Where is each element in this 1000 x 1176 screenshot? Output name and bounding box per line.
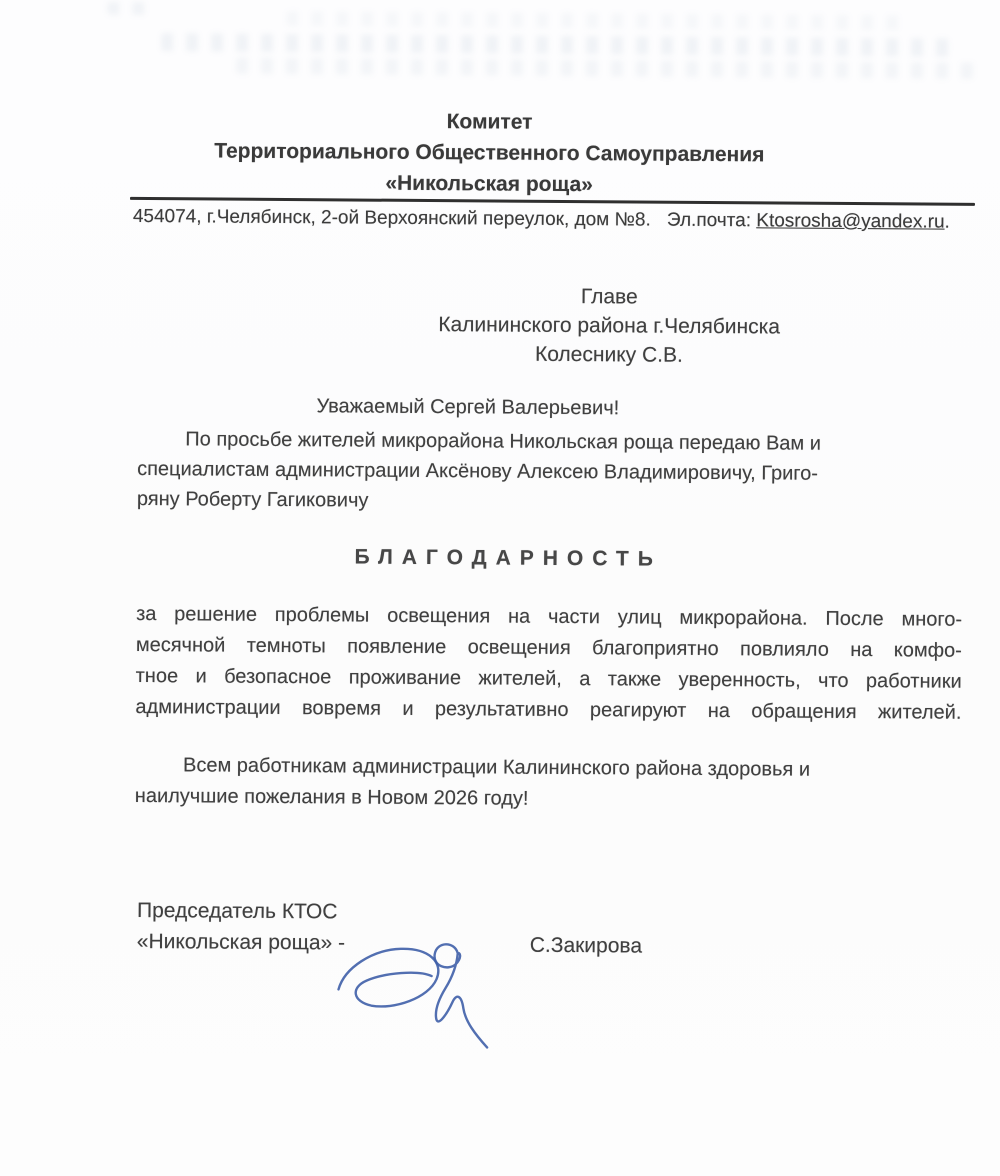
salutation: Уважаемый Сергей Валерьевич! bbox=[316, 395, 619, 420]
intro-paragraph: По просьбе жителей микрорайона Никольска… bbox=[137, 424, 968, 520]
bleedthrough-artifact bbox=[161, 33, 951, 57]
letterhead: Комитет Территориального Общественного С… bbox=[130, 104, 849, 202]
scan-content: Комитет Территориального Общественного С… bbox=[0, 0, 1000, 1176]
signoff-block: Председатель КТОС «Никольская роща» - bbox=[137, 895, 346, 958]
signature-ink-icon bbox=[324, 927, 525, 1056]
bleedthrough-artifact bbox=[107, 2, 155, 15]
signoff-position: Председатель КТОС bbox=[137, 895, 345, 927]
org-postal-address: 454074, г.Челябинск, 2-ой Верхоянский пе… bbox=[133, 206, 651, 232]
bleedthrough-artifact bbox=[236, 58, 981, 79]
org-name-line3: «Никольская роща» bbox=[130, 166, 848, 202]
paragraph-line: администрации вовремя и результативно ре… bbox=[135, 692, 961, 729]
org-name-line2: Территориального Общественного Самоуправ… bbox=[130, 135, 848, 171]
addressee-district: Калининского района г.Челябинска bbox=[329, 309, 889, 342]
addressee-name: Колеснику С.В. bbox=[329, 338, 889, 371]
org-name-line1: Комитет bbox=[130, 104, 848, 140]
addressee-title: Главе bbox=[329, 280, 889, 313]
email-address: Ktosrosha@yandex.ru bbox=[756, 210, 944, 232]
scanned-letter-page: Комитет Территориального Общественного С… bbox=[0, 0, 1000, 1176]
addressee-block: Главе Калининского района г.Челябинска К… bbox=[329, 280, 890, 371]
main-paragraph: за решение проблемы освещения на части у… bbox=[135, 599, 962, 729]
email-label: Эл.почта: bbox=[667, 210, 756, 232]
intro-line: ряну Роберту Гагиковичу bbox=[137, 484, 967, 520]
gratitude-heading: БЛАГОДАРНОСТЬ bbox=[354, 546, 662, 572]
signoff-org: «Никольская роща» - bbox=[137, 926, 345, 958]
bleedthrough-artifact bbox=[286, 11, 906, 30]
email-suffix: . bbox=[945, 212, 950, 233]
org-email-group: Эл.почта: Ktosrosha@yandex.ru. bbox=[667, 210, 950, 234]
handwritten-signature bbox=[324, 927, 525, 1056]
signer-name: С.Закирова bbox=[530, 934, 642, 959]
letterhead-address-row: 454074, г.Челябинск, 2-ой Верхоянский пе… bbox=[133, 206, 950, 234]
wishes-line: наилучшие пожелания в Новом 2026 году! bbox=[135, 781, 961, 818]
wishes-paragraph: Всем работникам администрации Калининско… bbox=[135, 750, 961, 818]
